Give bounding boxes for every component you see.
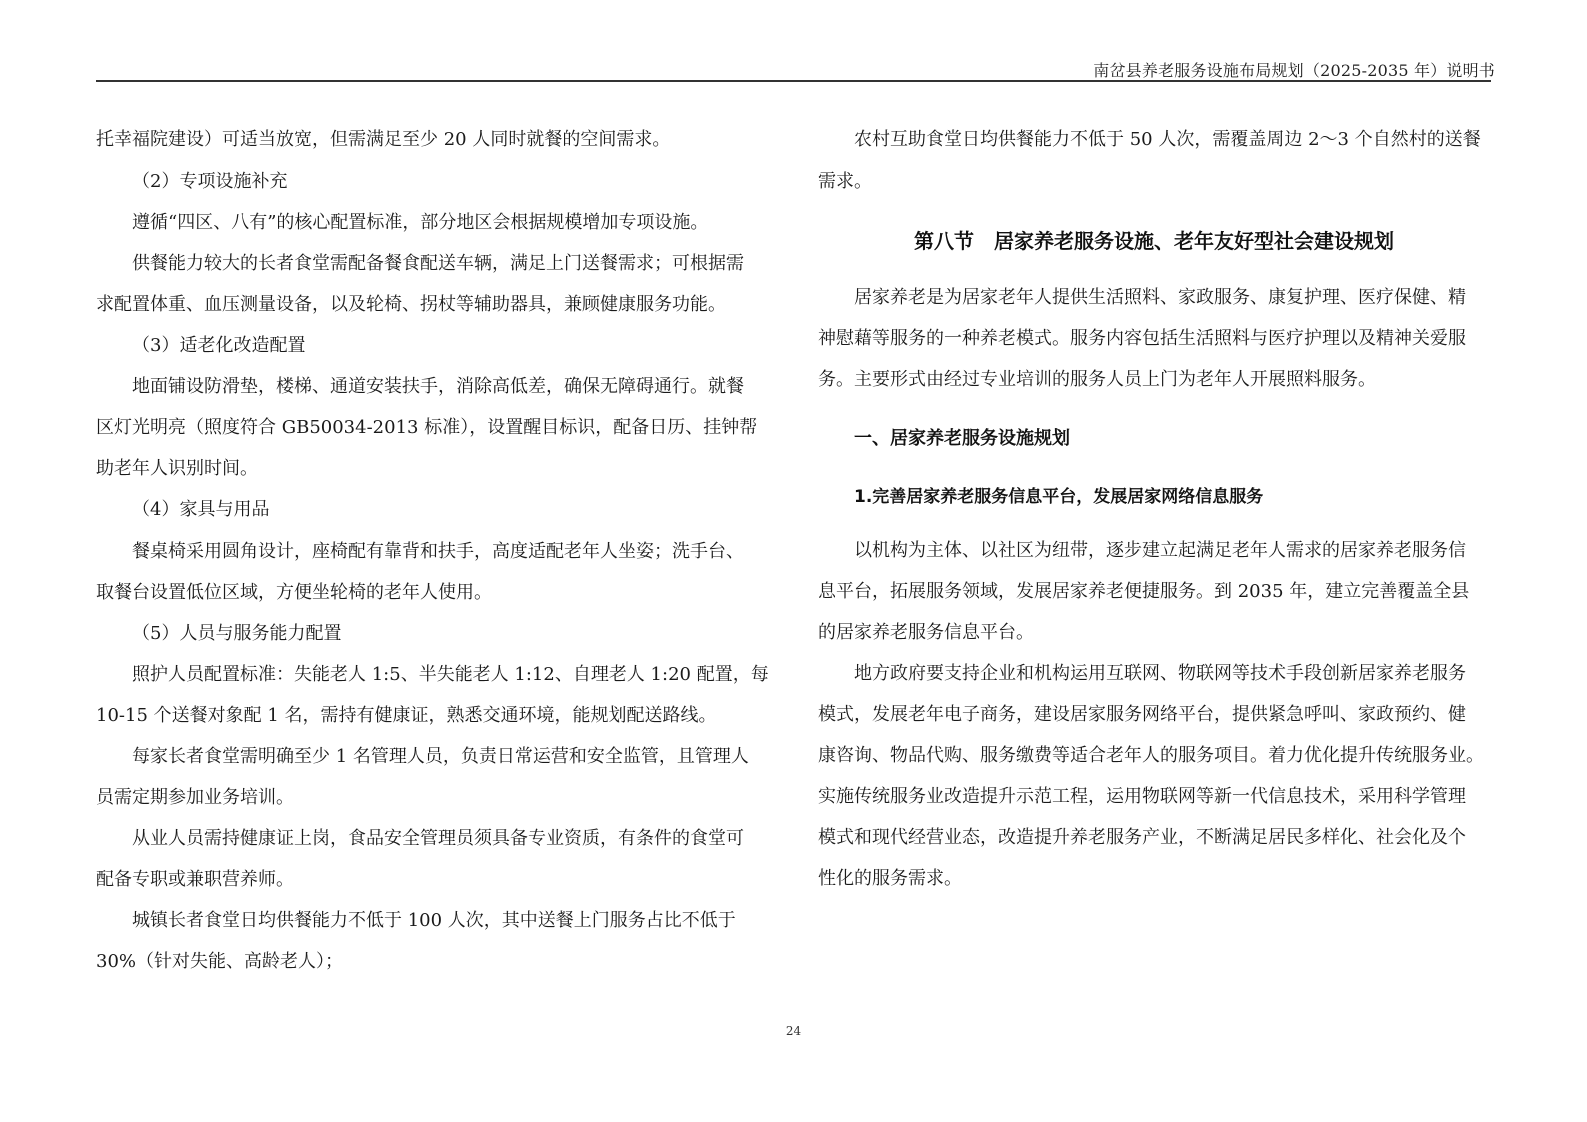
text-line: 地面铺设防滑垫，楼梯、通道安装扶手，消除高低差，确保无障碍通行。就餐 (96, 375, 744, 399)
text-line: 地方政府要支持企业和机构运用互联网、物联网等技术手段创新居家养老服务 (818, 662, 1466, 686)
text-line: 助老年人识别时间。 (96, 457, 258, 481)
text-line: 的居家养老服务信息平台。 (818, 621, 1034, 645)
text-line: 实施传统服务业改造提升示范工程，运用物联网等新一代信息技术，采用科学管理 (818, 785, 1466, 809)
text-line: 求配置体重、血压测量设备，以及轮椅、拐杖等辅助器具，兼顾健康服务功能。 (96, 293, 726, 317)
page-number: 24 (0, 1024, 1587, 1038)
text-line: 以机构为主体、以社区为纽带，逐步建立起满足老年人需求的居家养老服务信 (818, 539, 1466, 563)
text-line: 餐桌椅采用圆角设计，座椅配有靠背和扶手，高度适配老年人坐姿；洗手台、 (96, 540, 744, 564)
text-line: 需求。 (818, 170, 872, 194)
text-line: 取餐台设置低位区域，方便坐轮椅的老年人使用。 (96, 581, 492, 605)
text-line: 30%（针对失能、高龄老人）； (96, 950, 343, 974)
text-line: 模式，发展老年电子商务，建设居家服务网络平台，提供紧急呼叫、家政预约、健 (818, 703, 1466, 727)
text-line: 区灯光明亮（照度符合 GB50034-2013 标准），设置醒目标识，配备日历、… (96, 416, 757, 440)
text-line: （5）人员与服务能力配置 (96, 622, 341, 646)
text-line: 城镇长者食堂日均供餐能力不低于 100 人次，其中送餐上门服务占比不低于 (96, 909, 736, 933)
text-line: 神慰藉等服务的一种养老模式。服务内容包括生活照料与医疗护理以及精神关爱服 (818, 327, 1466, 351)
text-line: 每家长者食堂需明确至少 1 名管理人员，负责日常运营和安全监管，且管理人 (96, 745, 749, 769)
text-line: 模式和现代经营业态，改造提升养老服务产业，不断满足居民多样化、社会化及个 (818, 826, 1466, 850)
text-line: 遵循“四区、八有”的核心配置标准，部分地区会根据规模增加专项设施。 (96, 211, 708, 235)
text-line: 托幸福院建设）可适当放宽，但需满足至少 20 人同时就餐的空间需求。 (96, 128, 670, 152)
text-line: 10-15 个送餐对象配 1 名，需持有健康证，熟悉交通环境，能规划配送路线。 (96, 704, 717, 728)
text-line: 供餐能力较大的长者食堂需配备餐食配送车辆，满足上门送餐需求；可根据需 (96, 252, 744, 276)
section-heading: 第八节 居家养老服务设施、老年友好型社会建设规划 (818, 228, 1490, 254)
text-line: 照护人员配置标准：失能老人 1:5、半失能老人 1:12、自理老人 1:20 配… (96, 663, 769, 687)
text-line: 性化的服务需求。 (818, 867, 962, 891)
text-line: 从业人员需持健康证上岗，食品安全管理员须具备专业资质，有条件的食堂可 (96, 827, 744, 851)
text-line: （2）专项设施补充 (96, 170, 287, 194)
text-line: 农村互助食堂日均供餐能力不低于 50 人次，需覆盖周边 2～3 个自然村的送餐 (818, 128, 1481, 152)
text-line: 员需定期参加业务培训。 (96, 786, 294, 810)
text-line: 配备专职或兼职营养师。 (96, 868, 294, 892)
sub-subsection-heading: 1.完善居家养老服务信息平台，发展居家网络信息服务 (854, 485, 1263, 509)
document-title: 南岔县养老服务设施布局规划（2025-2035 年）说明书 (1093, 58, 1495, 81)
text-line: 居家养老是为居家老年人提供生活照料、家政服务、康复护理、医疗保健、精 (818, 286, 1466, 310)
text-line: （3）适老化改造配置 (96, 334, 305, 358)
text-line: 息平台，拓展服务领域，发展居家养老便捷服务。到 2035 年，建立完善覆盖全县 (818, 580, 1469, 604)
text-line: （4）家具与用品 (96, 498, 269, 522)
header-divider (96, 80, 1491, 82)
text-line: 务。主要形式由经过专业培训的服务人员上门为老年人开展照料服务。 (818, 368, 1376, 392)
subsection-heading: 一、居家养老服务设施规划 (854, 427, 1070, 451)
text-line: 康咨询、物品代购、服务缴费等适合老年人的服务项目。着力优化提升传统服务业。 (818, 744, 1484, 768)
